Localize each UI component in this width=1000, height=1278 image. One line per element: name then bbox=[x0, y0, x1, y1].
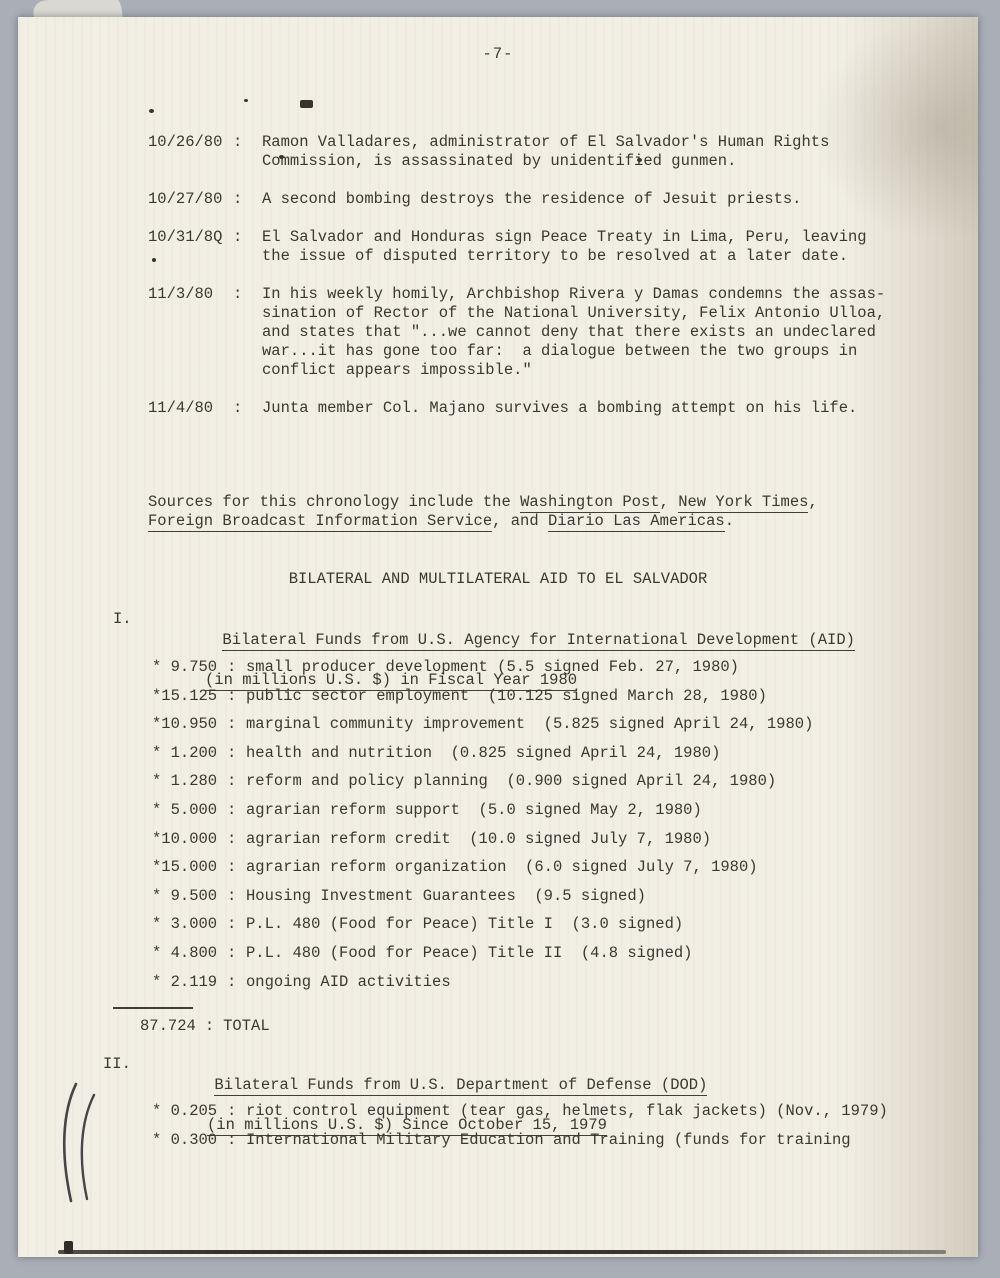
page-number: -7- bbox=[18, 45, 978, 64]
section-2-heading-line1: Bilateral Funds from U.S. Department of … bbox=[214, 1076, 707, 1096]
scan-background: -7- 10/26/80 : Ramon Valladares, adminis… bbox=[0, 0, 1000, 1278]
source-new-york-times: New York Times bbox=[678, 493, 808, 513]
chronology-entry: 11/4/80 : Junta member Col. Majano survi… bbox=[148, 399, 938, 418]
aid-item: *15.000 : agrarian reform organization (… bbox=[152, 858, 978, 887]
aid-item: *15.125 : public sector employment (10.1… bbox=[152, 687, 978, 716]
aid-item-amount: * 0.300 bbox=[152, 1131, 218, 1150]
aid-item-amount: *15.000 bbox=[152, 858, 218, 877]
entry-date: 10/27/80 bbox=[148, 190, 233, 209]
aid-item-description: reform and policy planning (0.900 signed… bbox=[246, 772, 776, 791]
aid-item-colon: : bbox=[227, 687, 237, 706]
aid-item-colon: : bbox=[227, 887, 237, 906]
handwritten-bracket-marks bbox=[56, 1079, 112, 1209]
sources-separator: , and bbox=[492, 512, 548, 530]
total-rule bbox=[113, 1007, 193, 1009]
aid-item-description: International Military Education and Tra… bbox=[246, 1131, 851, 1150]
aid-item-description: agrarian reform organization (6.0 signed… bbox=[246, 858, 758, 877]
aid-item-amount: * 9.750 bbox=[152, 658, 218, 677]
aid-item-colon: : bbox=[227, 830, 237, 849]
ink-speck bbox=[149, 109, 154, 113]
aid-item: * 2.119 : ongoing AID activities bbox=[152, 973, 978, 1002]
sources-outro: . bbox=[725, 512, 734, 530]
aid-item-description: Housing Investment Guarantees (9.5 signe… bbox=[246, 887, 646, 906]
aid-item-amount: * 5.000 bbox=[152, 801, 218, 820]
aid-section-title: BILATERAL AND MULTILATERAL AID TO EL SAL… bbox=[18, 570, 978, 589]
entry-date: 11/3/80 bbox=[148, 285, 233, 380]
aid-item-amount: * 2.119 bbox=[152, 973, 218, 992]
aid-item-amount: *10.950 bbox=[152, 715, 218, 734]
entry-text: A second bombing destroys the residence … bbox=[262, 190, 922, 209]
page-bottom-edge-mark bbox=[64, 1241, 73, 1254]
aid-item-description: P.L. 480 (Food for Peace) Title I (3.0 s… bbox=[246, 915, 683, 934]
aid-item-colon: : bbox=[227, 658, 237, 677]
total-amount: 87.724 bbox=[140, 1017, 196, 1036]
aid-item: * 0.205 : riot control equipment (tear g… bbox=[152, 1102, 978, 1131]
entry-date: 10/31/8Q bbox=[148, 228, 233, 266]
total-row: 87.724 : TOTAL bbox=[140, 1017, 270, 1036]
aid-item-description: small producer development (5.5 signed F… bbox=[246, 658, 739, 677]
sources-paragraph: Sources for this chronology include the … bbox=[148, 493, 868, 531]
entry-date: 10/26/80 bbox=[148, 133, 233, 171]
aid-item: * 9.500 : Housing Investment Guarantees … bbox=[152, 887, 978, 916]
aid-item: * 3.000 : P.L. 480 (Food for Peace) Titl… bbox=[152, 915, 978, 944]
ink-speck bbox=[279, 155, 284, 159]
chronology-entry: 10/27/80 : A second bombing destroys the… bbox=[148, 190, 938, 209]
aid-item-amount: * 3.000 bbox=[152, 915, 218, 934]
aid-item-description: health and nutrition (0.825 signed April… bbox=[246, 744, 720, 763]
total-label: TOTAL bbox=[223, 1017, 270, 1036]
aid-item-amount: * 4.800 bbox=[152, 944, 218, 963]
aid-item-colon: : bbox=[227, 944, 237, 963]
entry-colon: : bbox=[233, 133, 243, 171]
aid-item-colon: : bbox=[227, 801, 237, 820]
aid-item-description: P.L. 480 (Food for Peace) Title II (4.8 … bbox=[246, 944, 692, 963]
entry-colon: : bbox=[233, 399, 243, 418]
aid-item: * 1.200 : health and nutrition (0.825 si… bbox=[152, 744, 978, 773]
aid-item: *10.000 : agrarian reform credit (10.0 s… bbox=[152, 830, 978, 859]
aid-item-colon: : bbox=[227, 973, 237, 992]
aid-item-description: marginal community improvement (5.825 si… bbox=[246, 715, 813, 734]
aid-item: * 5.000 : agrarian reform support (5.0 s… bbox=[152, 801, 978, 830]
aid-item: * 0.300 : International Military Educati… bbox=[152, 1131, 978, 1160]
aid-item-colon: : bbox=[227, 858, 237, 877]
aid-item-colon: : bbox=[227, 772, 237, 791]
aid-item-colon: : bbox=[227, 1131, 237, 1150]
aid-item-colon: : bbox=[227, 915, 237, 934]
entry-text: El Salvador and Honduras sign Peace Trea… bbox=[262, 228, 922, 266]
entry-colon: : bbox=[233, 285, 243, 380]
aid-item-amount: * 1.280 bbox=[152, 772, 218, 791]
sources-separator: , bbox=[660, 493, 679, 511]
sources-separator: , bbox=[808, 493, 817, 511]
sources-intro: Sources for this chronology include the bbox=[148, 493, 520, 511]
aid-item-description: ongoing AID activities bbox=[246, 973, 451, 992]
ink-speck bbox=[300, 100, 313, 108]
ink-speck bbox=[152, 258, 156, 262]
entry-text: Junta member Col. Majano survives a bomb… bbox=[262, 399, 922, 418]
source-fbis: Foreign Broadcast Information Service bbox=[148, 512, 492, 532]
aid-item-colon: : bbox=[227, 715, 237, 734]
aid-item: *10.950 : marginal community improvement… bbox=[152, 715, 978, 744]
aid-item-description: agrarian reform credit (10.0 signed July… bbox=[246, 830, 711, 849]
chronology-entry: 11/3/80 : In his weekly homily, Archbish… bbox=[148, 285, 938, 380]
aid-item-description: riot control equipment (tear gas, helmet… bbox=[246, 1102, 888, 1121]
aid-item-amount: * 0.205 bbox=[152, 1102, 218, 1121]
aid-item: * 1.280 : reform and policy planning (0.… bbox=[152, 772, 978, 801]
chronology-entry: 10/26/80 : Ramon Valladares, administrat… bbox=[148, 133, 938, 171]
aid-item-colon: : bbox=[227, 744, 237, 763]
document-page: -7- 10/26/80 : Ramon Valladares, adminis… bbox=[18, 17, 978, 1257]
entry-date: 11/4/80 bbox=[148, 399, 233, 418]
aid-item-description: public sector employment (10.125 signed … bbox=[246, 687, 767, 706]
source-diario-las-americas: Diario Las Americas bbox=[548, 512, 725, 532]
entry-colon: : bbox=[233, 228, 243, 266]
entry-text: Ramon Valladares, administrator of El Sa… bbox=[262, 133, 922, 171]
aid-item-amount: *10.000 bbox=[152, 830, 218, 849]
aid-item-amount: * 9.500 bbox=[152, 887, 218, 906]
aid-item: * 4.800 : P.L. 480 (Food for Peace) Titl… bbox=[152, 944, 978, 973]
entry-colon: : bbox=[233, 190, 243, 209]
aid-items-list: * 9.750 : small producer development (5.… bbox=[152, 658, 978, 1001]
ink-speck bbox=[244, 99, 248, 102]
ink-speck bbox=[637, 158, 642, 162]
section-1-numeral: I. bbox=[113, 610, 148, 730]
aid-item-description: agrarian reform support (5.0 signed May … bbox=[246, 801, 702, 820]
chronology-entry: 10/31/8Q : El Salvador and Honduras sign… bbox=[148, 228, 938, 266]
aid-item-amount: *15.125 bbox=[152, 687, 218, 706]
entry-text: In his weekly homily, Archbishop Rivera … bbox=[262, 285, 922, 380]
page-bottom-edge-shadow bbox=[58, 1250, 946, 1254]
aid-item: * 9.750 : small producer development (5.… bbox=[152, 658, 978, 687]
aid-item-amount: * 1.200 bbox=[152, 744, 218, 763]
total-colon: : bbox=[205, 1017, 214, 1036]
aid-item-colon: : bbox=[227, 1102, 237, 1121]
source-washington-post: Washington Post bbox=[520, 493, 660, 513]
section-1-heading-line1: Bilateral Funds from U.S. Agency for Int… bbox=[222, 631, 855, 651]
chronology-list: 10/26/80 : Ramon Valladares, administrat… bbox=[148, 133, 938, 437]
dod-items-list: * 0.205 : riot control equipment (tear g… bbox=[152, 1102, 978, 1159]
